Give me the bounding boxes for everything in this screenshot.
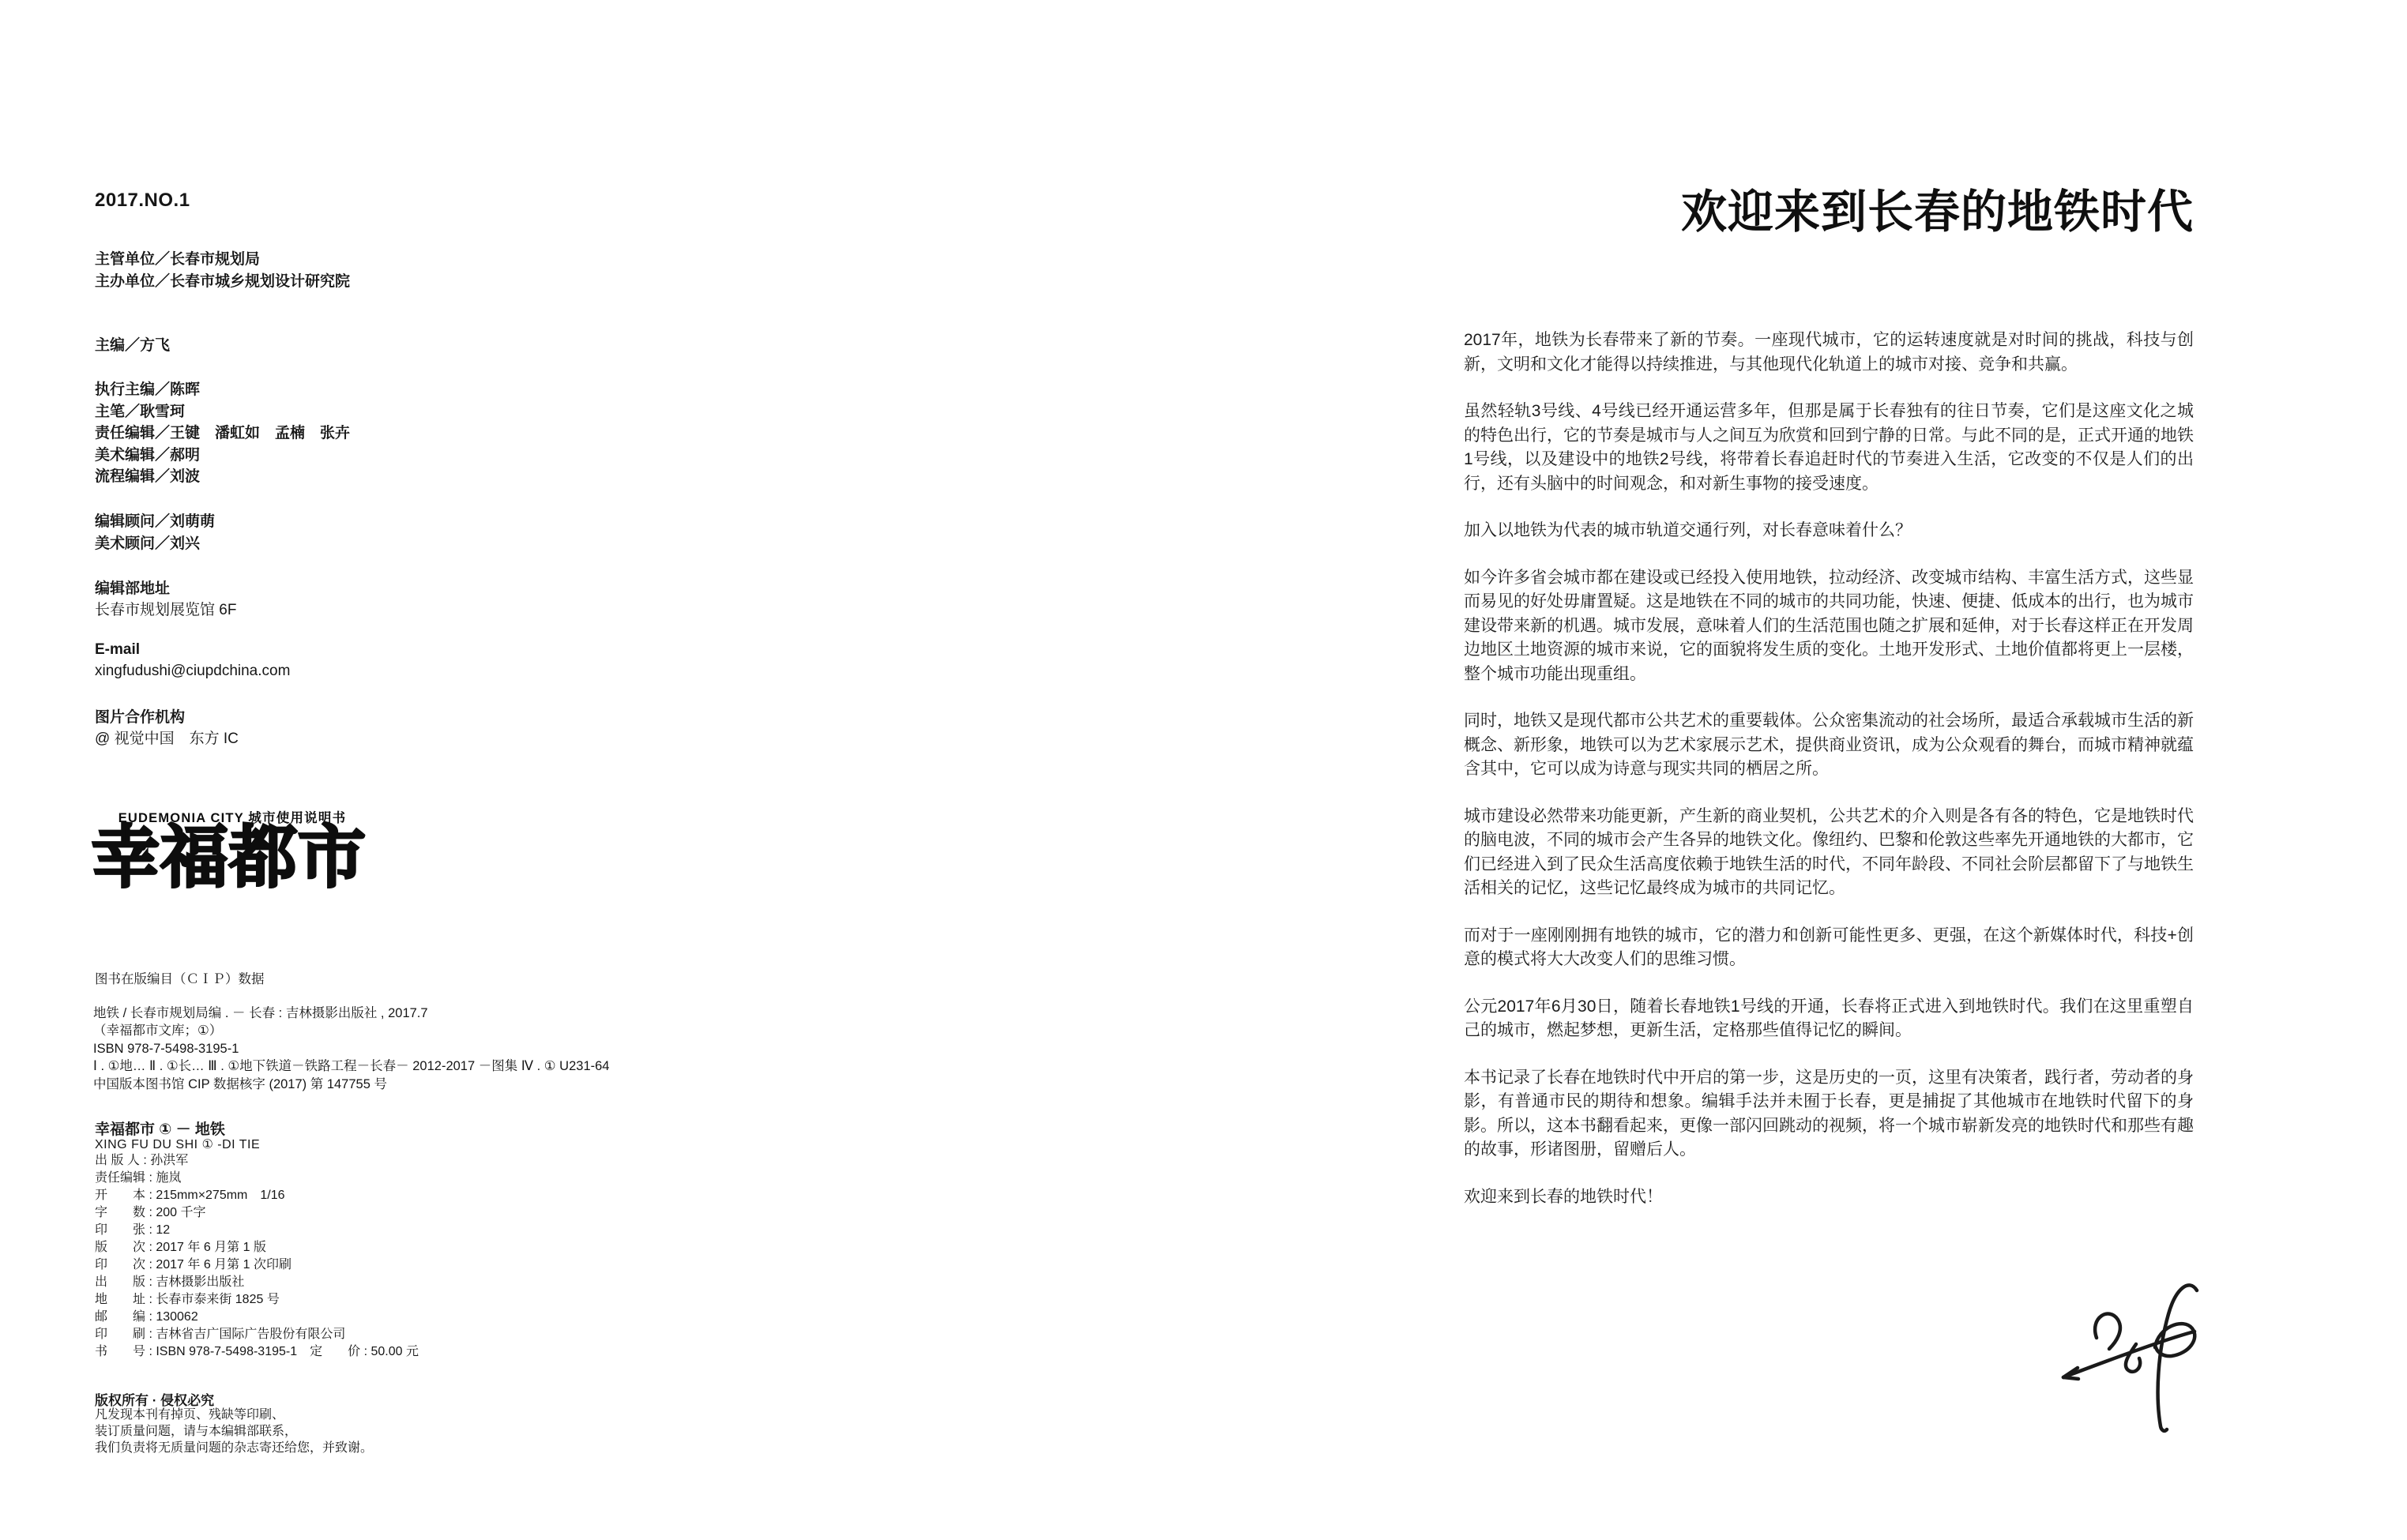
preface-paragraph: 而对于一座刚刚拥有地铁的城市，它的潜力和创新可能性更多、更强，在这个新媒体时代，…: [1464, 924, 2194, 972]
masthead-supervising-units: 主管单位／长春市规划局主办单位／长春市城乡规划设计研究院: [95, 249, 350, 292]
email-label: E-mail: [95, 641, 140, 659]
publication-row: 出 版 人 : 孙洪军: [95, 1152, 419, 1170]
email-value: xingfudushi@ciupdchina.com: [95, 663, 290, 680]
signature-scribble: [2040, 1262, 2223, 1455]
preface-body: 2017年，地铁为长春带来了新的节奏。一座现代城市，它的运转速度就是对时间的挑战…: [1464, 329, 2194, 1209]
staff-line: 执行主编／陈晖: [95, 379, 350, 401]
preface-paragraph: 本书记录了长春在地铁时代中开启的第一步，这是历史的一页，这里有决策者，践行者，劳…: [1464, 1066, 2194, 1163]
publication-details: 出 版 人 : 孙洪军责任编辑 : 施岚开 本 : 215mm×275mm 1/…: [95, 1152, 419, 1361]
cip-heading: 图书在版编目（ＣＩＰ）数据: [95, 968, 265, 987]
advisor-line: 编辑顾问／刘萌萌: [95, 511, 215, 533]
preface-paragraph: 城市建设必然带来功能更新，产生新的商业契机，公共艺术的介入则是各有各的特色，它是…: [1464, 805, 2194, 901]
publication-row: 字 数 : 200 千字: [95, 1204, 419, 1222]
publication-row: 印 刷 : 吉林省吉广国际广告股份有限公司: [95, 1326, 419, 1343]
preface-paragraph: 同时，地铁又是现代都市公共艺术的重要载体。公众密集流动的社会场所，最适合承载城市…: [1464, 709, 2194, 782]
staff-line: 主笔／耿雪珂: [95, 401, 350, 423]
copyright-notice: 凡发现本刊有掉页、残缺等印刷、装订质量问题，请与本编辑部联系，我们负责将无质量问…: [95, 1407, 373, 1456]
cip-line: Ⅰ . ①地… Ⅱ . ①长… Ⅲ . ①地下铁道－铁路工程－长春－ 2012-…: [93, 1057, 609, 1075]
editorial-staff-list: 执行主编／陈晖主笔／耿雪珂责任编辑／王键 潘虹如 孟楠 张卉美术编辑／郝明流程编…: [95, 379, 350, 488]
staff-line: 美术编辑／郝明: [95, 445, 350, 467]
cip-line: （幸福都市文库；①）: [93, 1022, 609, 1039]
publication-row: 印 张 : 12: [95, 1222, 419, 1239]
copyright-line: 我们负责将无质量问题的杂志寄还给您，并致谢。: [95, 1440, 373, 1456]
chief-editor-line: 主编／方飞: [95, 335, 170, 357]
photo-partner-value: @ 视觉中国 东方 IC: [95, 727, 239, 748]
magazine-logo: 幸福都市: [92, 818, 367, 897]
address-label: 编辑部地址: [95, 577, 170, 598]
publication-row: 版 次 : 2017 年 6 月第 1 版: [95, 1239, 419, 1256]
magazine-spread: 2017.NO.1 主管单位／长春市规划局主办单位／长春市城乡规划设计研究院 主…: [0, 0, 2407, 1540]
staff-line: 流程编辑／刘波: [95, 466, 350, 488]
address-value: 长春市规划展览馆 6F: [95, 598, 236, 619]
masthead-line: 主管单位／长春市规划局: [95, 249, 350, 271]
advisor-line: 美术顾问／刘兴: [95, 533, 215, 555]
publication-row: 责任编辑 : 施岚: [95, 1170, 419, 1187]
preface-paragraph: 如今许多省会城市都在建设或已经投入使用地铁，拉动经济、改变城市结构、丰富生活方式…: [1464, 566, 2194, 687]
editor-signature: [2040, 1262, 2223, 1455]
cip-line: ISBN 978-7-5498-3195-1: [93, 1040, 609, 1057]
staff-line: 责任编辑／王键 潘虹如 孟楠 张卉: [95, 423, 350, 445]
advisor-list: 编辑顾问／刘萌萌美术顾问／刘兴: [95, 511, 215, 554]
copyright-line: 凡发现本刊有掉页、残缺等印刷、: [95, 1407, 373, 1423]
preface-paragraph: 虽然轻轨3号线、4号线已经开通运营多年，但那是属于长春独有的往日节奏，它们是这座…: [1464, 400, 2194, 496]
publication-row: 出 版 : 吉林摄影出版社: [95, 1274, 419, 1291]
copyright-line: 装订质量问题，请与本编辑部联系，: [95, 1423, 373, 1440]
preface-paragraph: 加入以地铁为代表的城市轨道交通行列，对长春意味着什么？: [1464, 519, 2194, 543]
preface-title: 欢迎来到长春的地铁时代: [1464, 185, 2194, 240]
book-title-cn: 幸福都市 ① － 地铁: [95, 1117, 225, 1139]
preface-paragraph: 2017年，地铁为长春带来了新的节奏。一座现代城市，它的运转速度就是对时间的挑战…: [1464, 329, 2194, 377]
preface-paragraph: 欢迎来到长春的地铁时代！: [1464, 1185, 2194, 1210]
cip-data-block: 地铁 / 长春市规划局编 . － 长春 : 吉林摄影出版社 , 2017.7（幸…: [93, 1005, 609, 1093]
book-title-pinyin: XING FU DU SHI ① -DI TIE: [95, 1136, 260, 1152]
publication-row: 地 址 : 长春市泰来街 1825 号: [95, 1291, 419, 1309]
issue-number: 2017.NO.1: [95, 190, 190, 212]
publication-row: 邮 编 : 130062: [95, 1309, 419, 1326]
publication-row: 印 次 : 2017 年 6 月第 1 次印刷: [95, 1256, 419, 1274]
publication-row: 开 本 : 215mm×275mm 1/16: [95, 1187, 419, 1204]
cip-line: 地铁 / 长春市规划局编 . － 长春 : 吉林摄影出版社 , 2017.7: [93, 1005, 609, 1022]
photo-partner-label: 图片合作机构: [95, 705, 185, 727]
cip-line: 中国版本图书馆 CIP 数据核字 (2017) 第 147755 号: [93, 1076, 609, 1093]
publication-row: 书 号 : ISBN 978-7-5498-3195-1 定 价 : 50.00…: [95, 1343, 419, 1361]
masthead-line: 主办单位／长春市城乡规划设计研究院: [95, 271, 350, 293]
preface-paragraph: 公元2017年6月30日，随着长春地铁1号线的开通，长春将正式进入到地铁时代。我…: [1464, 995, 2194, 1043]
